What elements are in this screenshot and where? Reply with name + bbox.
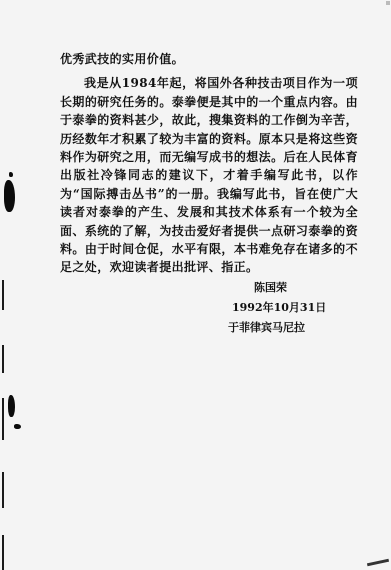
scan-edge-line-1 (2, 280, 4, 310)
paragraph-main: 我是从1984年起，将国外各种技击项目作为一项长期的研究任务的。泰拳便是其中的一… (60, 74, 358, 276)
scan-edge-line-3 (2, 398, 4, 440)
scan-artifact-corner (386, 1, 390, 5)
signature-place: 于菲律宾马尼拉 (228, 318, 352, 338)
scan-edge-line-5 (2, 535, 4, 570)
scan-artifact-blot-top (4, 180, 15, 212)
paragraph-continuation: 优秀武技的实用价值。 (60, 50, 358, 68)
author-name: 陈国荣 (232, 278, 352, 298)
scan-edge-line-2 (2, 345, 4, 373)
scanned-page: 优秀武技的实用价值。 我是从1984年起，将国外各种技击项目作为一项长期的研究任… (0, 0, 391, 570)
scan-artifact-blot-mid-small (14, 424, 21, 429)
signature-block: 陈国荣 1992年10月31日 于菲律宾马尼拉 (232, 278, 352, 338)
scan-artifact-corner-mark (367, 559, 389, 567)
preface-body: 优秀武技的实用价值。 我是从1984年起，将国外各种技击项目作为一项长期的研究任… (60, 50, 358, 277)
signature-date: 1992年10月31日 (232, 298, 352, 318)
scan-artifact-blot-top-dot (9, 172, 13, 177)
scan-artifact-blot-mid (8, 395, 15, 417)
scan-edge-line-4 (2, 472, 4, 508)
